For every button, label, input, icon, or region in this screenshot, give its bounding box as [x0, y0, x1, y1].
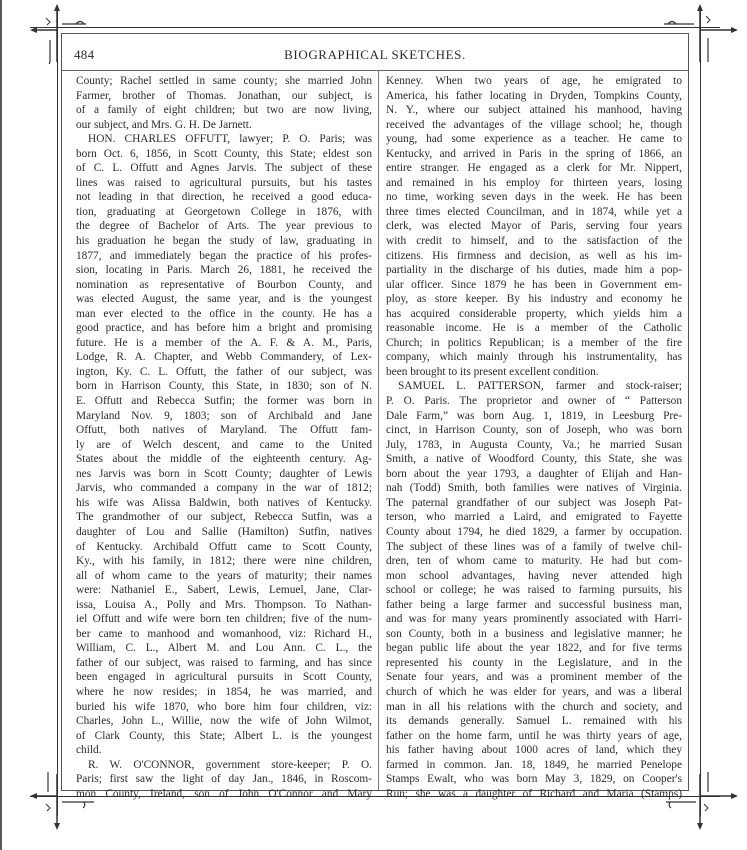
- page-header: 484 BIOGRAPHICAL SKETCHES.: [62, 34, 688, 71]
- left-column-text: County; Rachel settled in same county; s…: [76, 74, 372, 801]
- text-line: ington, Ky. C. L. Offutt, the father of …: [76, 365, 372, 380]
- text-line: of Clark County, this State; Albert L. i…: [76, 729, 372, 744]
- text-line: with credit to himself, and to the satis…: [386, 234, 682, 249]
- text-line: July, 1783, in Augusta County, Va.; he m…: [386, 438, 682, 453]
- text-line: not leading in that direction, he receiv…: [76, 190, 372, 205]
- text-line: his father having about 1000 acres of la…: [386, 743, 682, 758]
- text-line: Kenney. When two years of age, he emigra…: [386, 74, 682, 89]
- text-line: County about 1794, he died 1829, a farme…: [386, 525, 682, 540]
- text-line: father on the home farm, until he was th…: [386, 729, 682, 744]
- text-line: where he now resides; in 1854, he was ma…: [76, 685, 372, 700]
- text-line: nes Jarvis was born in Scott County; dau…: [76, 467, 372, 482]
- text-line: young, had some experience as a teacher.…: [386, 132, 682, 147]
- text-line: iel Offutt and wife were born ten childr…: [76, 612, 372, 627]
- column-divider: [378, 70, 379, 790]
- text-line: Paris; first saw the light of day Jan., …: [76, 772, 372, 787]
- text-line: been brought to its present excellent co…: [386, 365, 682, 380]
- text-line: all of whom came to the years of maturit…: [76, 569, 372, 584]
- text-line: born Oct. 6, 1856, in Scott County, this…: [76, 147, 372, 162]
- frame-top-rule: [30, 27, 720, 28]
- text-line: good practice, and has before him a brig…: [76, 321, 372, 336]
- text-line: The grandmother of our subject, Rebecca …: [76, 510, 372, 525]
- text-line: N. Y., where our subject attained his ma…: [386, 103, 682, 118]
- text-line: dren, ten of whom came to maturity. He h…: [386, 554, 682, 569]
- text-line: represented his county in the Legislatur…: [386, 656, 682, 671]
- text-line: ular officer. Since 1879 he has been in …: [386, 278, 682, 293]
- text-line: born about the year 1793, a daughter of …: [386, 467, 682, 482]
- text-line: company, which mainly through his instru…: [386, 350, 682, 365]
- text-line: ly are of Welch descent, and came to the…: [76, 438, 372, 453]
- text-line: Ky., with his family, in 1812; there wer…: [76, 554, 372, 569]
- text-line: terson, who married a Laird, and emigrat…: [386, 510, 682, 525]
- text-line: issa, Louisa A., Polly and Mrs. Thompson…: [76, 598, 372, 613]
- text-line: mon County, Ireland, son of John O'Conno…: [76, 787, 372, 802]
- text-line: partiality in the discharge of his dutie…: [386, 263, 682, 278]
- text-line: sion, locating in Paris. March 26, 1881,…: [76, 263, 372, 278]
- text-line: its demands generally. Samuel L. remaine…: [386, 714, 682, 729]
- text-line: was elected August, the same year, and i…: [76, 292, 372, 307]
- text-line: and was for many years prominently assoc…: [386, 612, 682, 627]
- text-line: entire stranger. He engaged as a clerk f…: [386, 161, 682, 176]
- text-line: lines was raised to agricultural pursuit…: [76, 176, 372, 191]
- text-line: Kentucky, and arrived in Paris in the sp…: [386, 147, 682, 162]
- text-line: nomination as representative of Bourbon …: [76, 278, 372, 293]
- text-line: buried his wife 1870, who bore him four …: [76, 700, 372, 715]
- text-line: Dale Farm,” was born Aug. 1, 1819, in Le…: [386, 409, 682, 424]
- text-line: R. W. O'CONNOR, government store-keeper;…: [76, 758, 372, 773]
- frame-left-rule: [57, 8, 58, 816]
- text-line: and remained in his employ for thirteen …: [386, 176, 682, 191]
- text-line: farmed in common. Jan. 18, 1849, he marr…: [386, 758, 682, 773]
- text-line: of Kentucky. Archibald Offutt came to Sc…: [76, 540, 372, 555]
- text-line: SAMUEL L. PATTERSON, farmer and stock-ra…: [386, 379, 682, 394]
- text-line: clerk, was elected Mayor of Paris, servi…: [386, 219, 682, 234]
- text-line: Jarvis, who commanded a company in the w…: [76, 481, 372, 496]
- text-line: The paternal grandfather of our subject …: [386, 496, 682, 511]
- frame-right-rule: [700, 8, 701, 816]
- text-line: three times elected Councilman, and in 1…: [386, 205, 682, 220]
- text-line: The subject of these lines was of a fami…: [386, 540, 682, 555]
- text-line: Offutt, both natives of Maryland. The Of…: [76, 423, 372, 438]
- text-line: born in Harrison County, this State, in …: [76, 379, 372, 394]
- text-line: nah (Todd) Smith, both families were nat…: [386, 481, 682, 496]
- text-line: began public life about the year 1822, a…: [386, 641, 682, 656]
- page-content-box: 484 BIOGRAPHICAL SKETCHES. County; Rache…: [61, 33, 689, 791]
- text-line: cinct, in Harrison County, son of Joseph…: [386, 423, 682, 438]
- text-line: daughter of Lou and Sallie (Hamilton) Su…: [76, 525, 372, 540]
- text-line: has acquired considerable property, whic…: [386, 307, 682, 322]
- text-line: America, his father locating in Dryden, …: [386, 89, 682, 104]
- text-line: received the advantages of the village s…: [386, 118, 682, 133]
- text-line: ploy, as store keeper. By his industry a…: [386, 292, 682, 307]
- scan-edge-line: [0, 0, 2, 850]
- text-line: Church; in politics Republican; is a mem…: [386, 336, 682, 351]
- text-line: William, C. L., Albert M. and Lou Ann. C…: [76, 641, 372, 656]
- text-line: E. Offutt and Rebecca Sutfin; the former…: [76, 394, 372, 409]
- text-line: no time, working seven days in the week.…: [386, 190, 682, 205]
- text-line: man ever elected to the office in the co…: [76, 307, 372, 322]
- text-line: County; Rachel settled in same county; s…: [76, 74, 372, 89]
- text-line: were: Nathaniel E., Sabert, Lewis, Lemue…: [76, 583, 372, 598]
- text-line: P. O. Paris. The proprietor and owner of…: [386, 394, 682, 409]
- text-line: citizens. His firmness and decision, as …: [386, 249, 682, 264]
- text-line: mon school advantages, having never atte…: [386, 569, 682, 584]
- text-line: Stamps Ewalt, who was born May 3, 1829, …: [386, 772, 682, 787]
- text-line: school or college; he was raised to farm…: [386, 583, 682, 598]
- text-line: the degree of Bachelor of Arts. The year…: [76, 219, 372, 234]
- text-line: Run; she was a daughter of Richard and M…: [386, 787, 682, 802]
- text-line: tion, graduating at Georgetown College i…: [76, 205, 372, 220]
- text-line: future. He is a member of the A. F. & A.…: [76, 336, 372, 351]
- text-line: man in all his relations with the church…: [386, 700, 682, 715]
- text-line: Smith, a native of Woodford County, this…: [386, 452, 682, 467]
- right-column-text: Kenney. When two years of age, he emigra…: [386, 74, 682, 801]
- text-line: Lodge, R. A. Chapter, and Webb Commander…: [76, 350, 372, 365]
- text-line: been engaged in agricultural pursuits in…: [76, 670, 372, 685]
- text-line: church of which he was elder for years, …: [386, 685, 682, 700]
- text-line: of C. L. Offutt and Agnes Jarvis. The su…: [76, 161, 372, 176]
- text-line: father being a large farmer and successf…: [386, 598, 682, 613]
- text-line: our subject, and Mrs. G. H. De Jarnett.: [76, 118, 372, 133]
- text-line: his wife was Alissa Baldwin, both native…: [76, 496, 372, 511]
- text-line: child.: [76, 743, 372, 758]
- text-line: his graduation he began the study of law…: [76, 234, 372, 249]
- text-line: HON. CHARLES OFFUTT, lawyer; P. O. Paris…: [76, 132, 372, 147]
- text-line: son County, both in a business and legis…: [386, 627, 682, 642]
- text-line: father of our subject, was raised to far…: [76, 656, 372, 671]
- text-line: Maryland Nov. 9, 1803; son of Archibald …: [76, 409, 372, 424]
- running-head: BIOGRAPHICAL SKETCHES.: [62, 47, 688, 63]
- text-line: ber came to manhood and womanhood, viz: …: [76, 627, 372, 642]
- text-line: 1877, and immediately began the practice…: [76, 249, 372, 264]
- text-line: Senate four years, and was a prominent m…: [386, 670, 682, 685]
- text-line: Charles, John L., Willie, now the wife o…: [76, 714, 372, 729]
- text-line: of a family of eight children; but two a…: [76, 103, 372, 118]
- text-line: States about the middle of the eighteent…: [76, 452, 372, 467]
- text-line: Farmer, brother of Thomas. Jonathan, our…: [76, 89, 372, 104]
- text-line: reasonable income. He is a member of the…: [386, 321, 682, 336]
